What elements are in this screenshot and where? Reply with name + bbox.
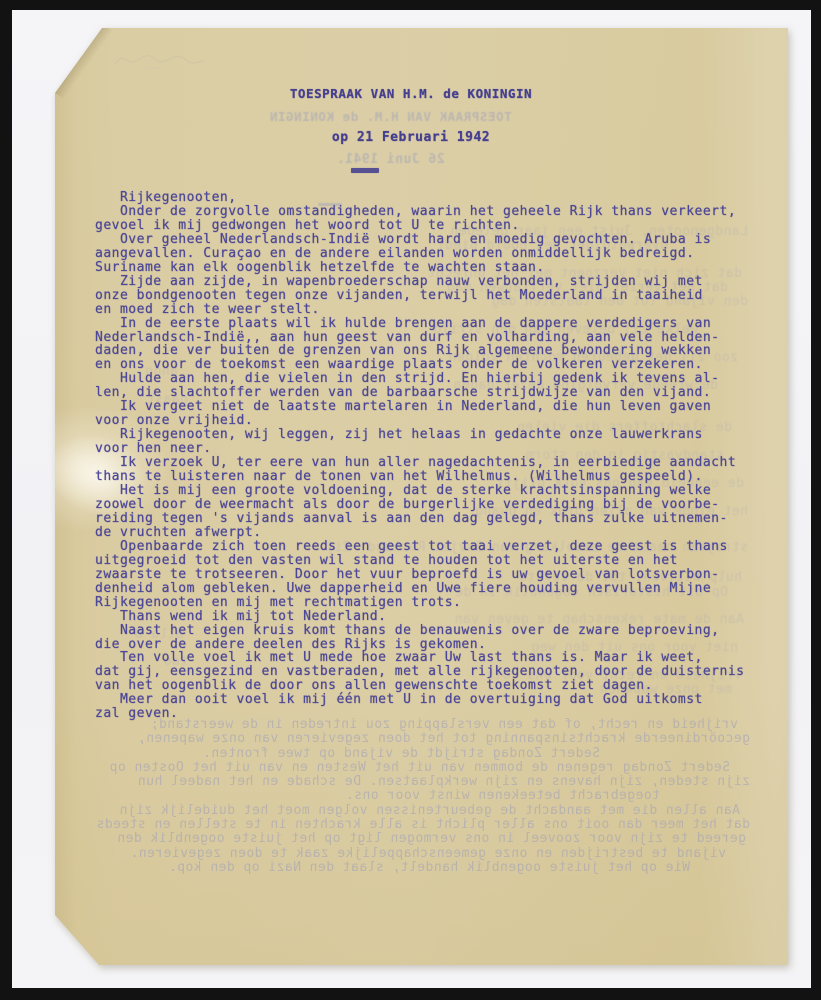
speech-date: op 21 Februari 1942 xyxy=(55,130,767,145)
body-line: thans te luisteren naar de tonen van het… xyxy=(95,470,755,484)
bleed-line: zijn steden, zijn havens en zijn werkpla… xyxy=(82,775,750,789)
bleed-line: dat het meer dan ooit ons aller plicht i… xyxy=(82,818,750,832)
bleed-line: Sedert Zondag regenen de bommen van uit … xyxy=(82,761,750,775)
speech-title: TOESPRAAK VAN H.M. de KONINGIN xyxy=(55,86,767,101)
body-line: Rijkegenooten, xyxy=(95,191,755,205)
pencil-annotation xyxy=(107,44,237,74)
body-line: In de eerste plaats wil ik hulde brengen… xyxy=(95,317,755,331)
body-line: zoowel door de weermacht als door de bur… xyxy=(95,498,755,512)
document-page-wrapper: TOESPRAAK VAN H.M. de KONINGIN 26 Juni 1… xyxy=(55,28,788,965)
body-line: zal geven. xyxy=(95,707,755,721)
bleed-line: toegebracht beteekenen winst voor ons. xyxy=(82,789,750,803)
bleed-line: vijand te bestrijden en onze gemeenschap… xyxy=(82,847,750,861)
document-page: TOESPRAAK VAN H.M. de KONINGIN 26 Juni 1… xyxy=(55,28,788,965)
body-line: Naast het eigen kruis komt thans de bena… xyxy=(95,624,755,638)
body-line: Ik verzoek U, ter eere van hun aller nag… xyxy=(95,456,755,470)
bleedthrough-date: 26 Juni 1941. xyxy=(55,152,788,167)
bleedthrough-title: TOESPRAAK VAN H.M. de KONINGIN xyxy=(55,109,788,124)
body-line: aangevallen. Curaçao en de andere eiland… xyxy=(95,247,755,261)
body-line: de vruchten afwerpt. xyxy=(95,526,755,540)
body-line: reiding tegen 's vijands aanval is aan d… xyxy=(95,512,755,526)
speech-body: Rijkegenooten, Onder de zorgvolle omstan… xyxy=(95,191,755,721)
title-separator-rule xyxy=(351,168,379,173)
bleed-line: Aan allen die met aandacht de gebeurteni… xyxy=(82,804,750,818)
body-line: uitgegroeid tot den vasten wil stand te … xyxy=(95,554,755,568)
body-line: Over geheel Nederlandsch-Indië wordt har… xyxy=(95,233,755,247)
bleedthrough-bottom-block: vrijheid en recht, of dat een verslappin… xyxy=(82,718,750,875)
body-line: Suriname kan elk oogenblik hetzelfde te … xyxy=(95,261,755,275)
body-line: zwaarste te trotseeren. Door het vuur be… xyxy=(95,568,755,582)
photo-frame: TOESPRAAK VAN H.M. de KONINGIN 26 Juni 1… xyxy=(0,0,821,1000)
body-line: Openbaarde zich toen reeds een geest tot… xyxy=(95,540,755,554)
bleed-line: Sedert Zondag strijdt de vijand op twee … xyxy=(82,747,750,761)
body-line: Thans wend ik mij tot Nederland. xyxy=(95,610,755,624)
body-line: denheid alom gebleken. Uwe dapperheid en… xyxy=(95,582,755,596)
bleed-line: gereed te zijn voor zooveel in ons vermo… xyxy=(82,832,750,846)
body-line: Onder de zorgvolle omstandigheden, waari… xyxy=(95,205,755,219)
body-line: Het is mij een groote voldoening, dat de… xyxy=(95,484,755,498)
body-line: Zijde aan zijde, in wapenbroederschap na… xyxy=(95,275,755,289)
body-line: en moed zich te weer stelt. xyxy=(95,303,755,317)
bleed-line: gecoördineerde krachtsinspanning tot het… xyxy=(82,732,750,746)
body-line: Meer dan ooit voel ik mij één met U in d… xyxy=(95,693,755,707)
body-line: gevoel ik mij gedwongen het woord tot U … xyxy=(95,219,755,233)
bleed-line: Wie op het juiste oogenblik handelt, sla… xyxy=(82,861,750,875)
body-line: Rijkegenooten en mij met rechtmatigen tr… xyxy=(95,596,755,610)
body-line: onze bondgenooten tegen onze vijanden, t… xyxy=(95,289,755,303)
